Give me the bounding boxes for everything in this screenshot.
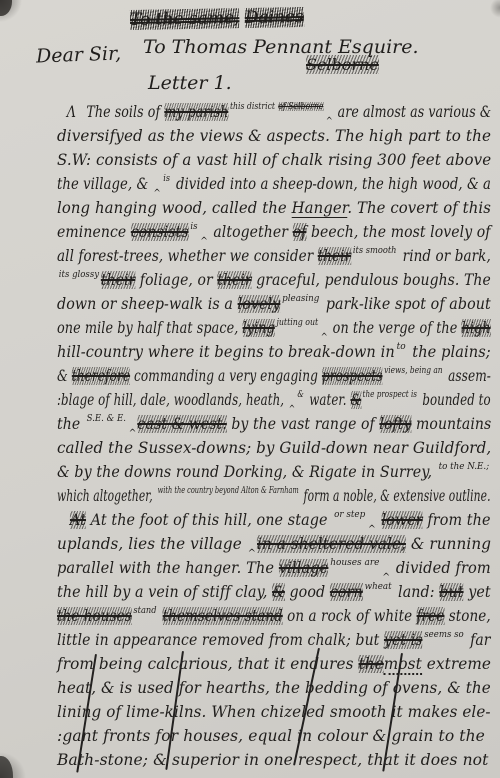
- scribbled-text: lovely: [238, 295, 281, 313]
- scribbled-text: in a sheltered vale,: [257, 535, 406, 553]
- scribbled-dedication: To the same, Daines: [130, 6, 360, 30]
- handwritten-text: the plains;: [408, 343, 491, 361]
- handwritten-text: rind or bark,: [398, 247, 491, 265]
- manuscript-line: the S.E. & E.^east & west. by the vast r…: [57, 412, 449, 436]
- manuscript-line: one mile by half that space, lyingjuttin…: [57, 316, 415, 340]
- handwritten-text: all forest-trees, whether we consider: [57, 247, 318, 265]
- struck-address-word: Selborne: [306, 55, 379, 74]
- manuscript-line: At At the foot of this hill, one stage o…: [57, 508, 458, 532]
- underlined-text: Hanger: [292, 199, 348, 218]
- manuscript-line: :blage of hill, dale, woodlands, heath, …: [57, 388, 387, 412]
- inserted-text: the prospect is: [363, 390, 417, 399]
- manuscript-line: from being calcarious, that it endures t…: [57, 652, 484, 676]
- manuscript-line: which altogether, with the country beyon…: [57, 484, 357, 508]
- handwritten-text: on a rock of white: [283, 607, 417, 625]
- handwritten-text: uplands, lies the village: [57, 535, 247, 553]
- handwritten-text: are almost as various &: [334, 103, 492, 121]
- inserted-text: jutting out: [276, 318, 318, 327]
- scribbled-text: &: [272, 583, 285, 601]
- handwritten-text: which altogether,: [57, 487, 156, 505]
- manuscript-line: & by the downs round Dorking, & Rigate i…: [57, 460, 455, 484]
- scribbled-text: their: [318, 247, 351, 265]
- inserted-text: pleasing: [282, 294, 319, 303]
- scribbled-text: Daines: [245, 7, 304, 28]
- handwritten-text: beech, the most lovely of: [306, 223, 490, 241]
- manuscript-line: Λ The soils of my parishthis districtof …: [57, 100, 410, 124]
- inserted-text: to the N.E.;: [439, 462, 490, 471]
- inserted-text: stand: [133, 606, 156, 615]
- handwritten-text: on the verge of the: [329, 319, 462, 337]
- scribbled-text: their: [217, 271, 251, 289]
- inserted-text: &: [297, 390, 303, 399]
- handwritten-text: the village, &: [57, 175, 153, 193]
- handwritten-text: :gant fronts for houses, equal in colour…: [57, 727, 485, 745]
- handwritten-text: parallel with the hanger. The: [57, 559, 279, 577]
- scribbled-text: yet is: [384, 631, 423, 649]
- inserted-text: views, being an: [384, 366, 443, 375]
- handwritten-text: down or sheep-walk is a: [57, 295, 238, 313]
- scribbled-text: high: [462, 319, 491, 337]
- manuscript-line: & therefore commanding a very engaging p…: [57, 364, 396, 388]
- inserted-text: is: [190, 222, 197, 231]
- handwritten-text: mountains: [411, 415, 491, 433]
- handwritten-text: from the: [423, 511, 491, 529]
- handwritten-text: lining of lime-kilns. When chizeled smoo…: [57, 703, 491, 721]
- handwritten-text: water.: [305, 391, 350, 409]
- inserted-text: with the country beyond Alton & Farnham: [158, 486, 299, 495]
- salutation: Dear Sir,: [36, 43, 122, 68]
- inserted-struck-text: of Selborne: [278, 102, 323, 111]
- handwritten-text: stone,: [444, 607, 490, 625]
- handwritten-text: Bath-stone; & superior in one respect, t…: [57, 751, 488, 769]
- inserted-text: its glossy: [59, 270, 99, 279]
- handwritten-text: foliage, or: [135, 271, 217, 289]
- inserted-text: to: [397, 342, 406, 351]
- manuscript-line: uplands, lies the village ^in a sheltere…: [57, 532, 482, 556]
- handwritten-text: eminence: [57, 223, 131, 241]
- handwritten-text: little in appearance removed from chalk;…: [57, 631, 384, 649]
- manuscript-line: down or sheep-walk is a lovelypleasing p…: [57, 292, 455, 316]
- inserted-text: S.E. & E.: [87, 414, 126, 423]
- handwritten-text: At the foot of this hill, one stage: [86, 511, 332, 529]
- handwritten-text: the hill by a vein of stiff clay,: [57, 583, 272, 601]
- handwritten-text: Λ The soils of: [67, 103, 165, 121]
- scan-smudge: [0, 756, 13, 778]
- scribbled-text: the houses: [57, 607, 132, 625]
- letter-number: Letter 1.: [148, 72, 232, 94]
- manuscript-page: To the same, Daines Dear Sir, To Thomas …: [0, 0, 500, 778]
- scribbled-text: my parish: [164, 103, 228, 121]
- handwritten-text: &: [57, 367, 72, 385]
- scan-smudge: [0, 0, 12, 16]
- handwritten-text: graceful, pendulous boughs. The: [252, 271, 491, 289]
- handwritten-text: S.W: consists of a vast hill of chalk ri…: [57, 151, 491, 169]
- scribbled-text: At: [70, 511, 86, 529]
- manuscript-lines: Λ The soils of my parishthis districtof …: [57, 100, 491, 772]
- manuscript-line: little in appearance removed from chalk;…: [57, 628, 449, 652]
- inserted-text: is: [163, 174, 170, 183]
- handwritten-text: far: [466, 631, 491, 649]
- handwritten-text: assem-: [444, 367, 491, 385]
- handwritten-text: the: [57, 415, 85, 433]
- scribbled-text: lower: [381, 511, 422, 529]
- handwritten-text: heat, & is used for hearths, the bedding…: [57, 679, 491, 697]
- handwritten-text: by the vast range of: [227, 415, 380, 433]
- manuscript-line: called the Sussex-downs; by Guild-down n…: [57, 436, 479, 460]
- manuscript-line: hill-country where it begins to break-do…: [57, 340, 465, 364]
- handwritten-text: & by the downs round Dorking, & Rigate i…: [57, 463, 437, 481]
- handwritten-text: form a noble, & extensive outline.: [300, 487, 490, 505]
- scribbled-text: village: [279, 559, 329, 577]
- scribbled-text: To the same,: [130, 8, 240, 30]
- handwritten-text: good: [285, 583, 330, 601]
- handwritten-text: extreme: [422, 655, 491, 673]
- scribbled-text: corn: [330, 583, 363, 601]
- handwritten-text: long hanging wood, called the: [57, 199, 292, 217]
- manuscript-line: the hill by a vein of stiff clay, & good…: [57, 580, 456, 604]
- inserted-text: wheat: [365, 582, 392, 591]
- underdotted-text: most: [384, 655, 422, 675]
- scribbled-text: &: [350, 391, 361, 409]
- scribbled-text: themselves stand: [163, 607, 283, 625]
- inserted-text: seems so: [424, 630, 463, 639]
- manuscript-line: :gant fronts for houses, equal in colour…: [57, 724, 491, 748]
- manuscript-line: heat, & is used for hearths, the bedding…: [57, 676, 481, 700]
- handwritten-text: . The covert of this: [347, 199, 491, 217]
- handwritten-text: bounded to: [419, 391, 491, 409]
- handwritten-text: hill-country where it begins to break-do…: [57, 343, 395, 361]
- scribbled-text: east & west.: [137, 415, 226, 433]
- handwritten-text: diversifyed as the views & aspects. The …: [57, 127, 491, 145]
- manuscript-line: its glossytheir foliage, or their gracef…: [57, 268, 448, 292]
- manuscript-line: parallel with the hanger. The villagehou…: [57, 556, 465, 580]
- scribbled-text: but: [439, 583, 463, 601]
- manuscript-line: long hanging wood, called the Hanger. Th…: [57, 196, 473, 220]
- scribbled-text: free: [417, 607, 445, 625]
- manuscript-line: the housesstand themselves stand on a ro…: [57, 604, 435, 628]
- handwritten-text: divided into a sheep-down, the high wood…: [172, 175, 491, 193]
- scribbled-text: consists: [131, 223, 189, 241]
- manuscript-line: Bath-stone; & superior in one respect, t…: [57, 748, 491, 772]
- handwritten-text: yet: [464, 583, 491, 601]
- manuscript-line: diversifyed as the views & aspects. The …: [57, 124, 481, 148]
- scribbled-text: lying: [243, 319, 275, 337]
- inserted-text: this district: [230, 102, 275, 111]
- inserted-text: its smooth: [353, 246, 397, 255]
- scribbled-text: therefore: [72, 367, 130, 385]
- inserted-text: houses are: [330, 558, 379, 567]
- scribbled-text: lofty: [379, 415, 411, 433]
- manuscript-line: the village, & ^is divided into a sheep-…: [57, 172, 426, 196]
- manuscript-line: S.W: consists of a vast hill of chalk ri…: [57, 148, 478, 172]
- scribbled-text: the: [359, 655, 384, 673]
- scribbled-text: prospects: [322, 367, 383, 385]
- scribbled-text: their: [101, 271, 135, 289]
- handwritten-text: altogether: [209, 223, 293, 241]
- handwritten-text: one mile by half that space,: [57, 319, 243, 337]
- manuscript-line: lining of lime-kilns. When chizeled smoo…: [57, 700, 481, 724]
- manuscript-line: all forest-trees, whether we consider th…: [57, 244, 436, 268]
- handwritten-text: divided from: [391, 559, 491, 577]
- handwritten-text: land:: [393, 583, 439, 601]
- manuscript-line: eminence consistsis^ altogether of beech…: [57, 220, 449, 244]
- scribbled-text: Selborne: [306, 55, 379, 74]
- handwritten-text: park-like spot of about: [321, 295, 491, 313]
- scribbled-text: of: [293, 223, 307, 241]
- handwritten-text: commanding a very engaging: [130, 367, 322, 385]
- handwritten-text: & running: [406, 535, 491, 553]
- handwritten-text: :blage of hill, dale, woodlands, heath,: [57, 391, 288, 409]
- handwritten-text: called the Sussex-downs; by Guild-down n…: [57, 439, 491, 457]
- inserted-text: or step: [334, 510, 365, 519]
